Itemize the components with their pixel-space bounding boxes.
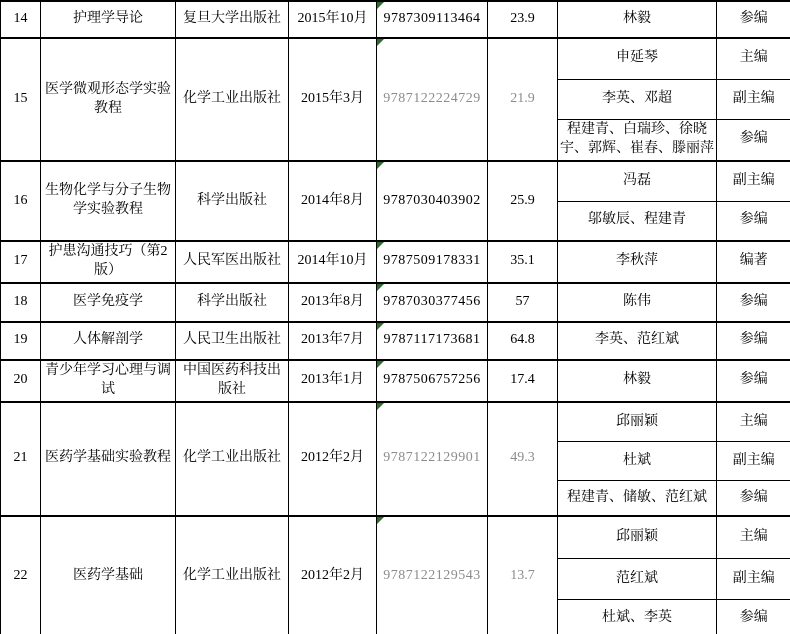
cell-price[interactable]: 57 (488, 283, 558, 322)
cell-date[interactable]: 2014年8月 (289, 161, 377, 241)
cell-title[interactable]: 医学微观形态学实验教程 (41, 38, 176, 161)
isbn-value: 9787122129543 (383, 568, 481, 583)
table-row: 18医学免疫学科学出版社2013年8月978703037745657陈伟参编 (1, 283, 790, 322)
cell-isbn[interactable]: 9787506757256 (377, 360, 488, 402)
isbn-value: 9787509178331 (383, 253, 481, 268)
cell-isbn[interactable]: 9787122224729 (377, 38, 488, 161)
text-format-warning-triangle-icon (377, 284, 384, 291)
cell-title[interactable]: 医药学基础实验教程 (41, 402, 176, 516)
cell-authors[interactable]: 邱丽颖 (558, 516, 717, 559)
cell-isbn[interactable]: 9787509178331 (377, 241, 488, 283)
cell-publisher[interactable]: 复旦大学出版社 (176, 1, 289, 38)
cell-role[interactable]: 参编 (717, 322, 790, 360)
table-row: 17护患沟通技巧（第2版）人民军医出版社2014年10月978750917833… (1, 241, 790, 283)
table-row: 20青少年学习心理与调试中国医药科技出版社2013年1月978750675725… (1, 360, 790, 402)
cell-publisher[interactable]: 化学工业出版社 (176, 38, 289, 161)
cell-role[interactable]: 主编 (717, 402, 790, 442)
cell-date[interactable]: 2015年10月 (289, 1, 377, 38)
cell-authors[interactable]: 程建青、储敏、范红斌 (558, 481, 717, 516)
text-format-warning-triangle-icon (377, 162, 384, 169)
cell-role[interactable]: 主编 (717, 516, 790, 559)
cell-publisher[interactable]: 科学出版社 (176, 161, 289, 241)
cell-date[interactable]: 2012年2月 (289, 402, 377, 516)
cell-price[interactable]: 13.7 (488, 516, 558, 634)
cell-publisher[interactable]: 化学工业出版社 (176, 516, 289, 634)
cell-role[interactable]: 副主编 (717, 79, 790, 119)
cell-publisher[interactable]: 化学工业出版社 (176, 402, 289, 516)
cell-authors[interactable]: 林毅 (558, 360, 717, 402)
cell-role[interactable]: 副主编 (717, 161, 790, 201)
cell-date[interactable]: 2015年3月 (289, 38, 377, 161)
cell-index[interactable]: 16 (1, 161, 41, 241)
cell-isbn[interactable]: 9787030377456 (377, 283, 488, 322)
cell-index[interactable]: 15 (1, 38, 41, 161)
cell-isbn[interactable]: 9787122129543 (377, 516, 488, 634)
cell-title[interactable]: 人体解剖学 (41, 322, 176, 360)
text-format-warning-triangle-icon (377, 2, 384, 9)
isbn-value: 9787122224729 (383, 91, 481, 106)
books-table: 14护理学导论复旦大学出版社2015年10月978730911346423.9林… (0, 0, 790, 634)
cell-date[interactable]: 2012年2月 (289, 516, 377, 634)
cell-authors[interactable]: 冯磊 (558, 161, 717, 201)
cell-authors[interactable]: 申延琴 (558, 38, 717, 79)
cell-index[interactable]: 19 (1, 322, 41, 360)
cell-title[interactable]: 青少年学习心理与调试 (41, 360, 176, 402)
cell-publisher[interactable]: 人民军医出版社 (176, 241, 289, 283)
table-row: 21医药学基础实验教程化学工业出版社2012年2月978712212990149… (1, 402, 790, 442)
cell-title[interactable]: 医学免疫学 (41, 283, 176, 322)
cell-authors[interactable]: 李英、邓超 (558, 79, 717, 119)
isbn-value: 9787117173681 (384, 332, 481, 347)
isbn-value: 9787122129901 (383, 450, 481, 465)
cell-index[interactable]: 21 (1, 402, 41, 516)
cell-date[interactable]: 2014年10月 (289, 241, 377, 283)
books-table-body: 14护理学导论复旦大学出版社2015年10月978730911346423.9林… (1, 1, 790, 634)
text-format-warning-triangle-icon (377, 323, 384, 330)
cell-role[interactable]: 副主编 (717, 559, 790, 600)
isbn-value: 9787309113464 (384, 11, 481, 26)
table-row: 16生物化学与分子生物学实验教程科学出版社2014年8月978703040390… (1, 161, 790, 201)
cell-isbn[interactable]: 9787309113464 (377, 1, 488, 38)
cell-date[interactable]: 2013年7月 (289, 322, 377, 360)
cell-index[interactable]: 20 (1, 360, 41, 402)
cell-price[interactable]: 17.4 (488, 360, 558, 402)
text-format-warning-triangle-icon (377, 517, 384, 524)
table-row: 19人体解剖学人民卫生出版社2013年7月978711717368164.8李英… (1, 322, 790, 360)
text-format-warning-triangle-icon (377, 403, 384, 410)
cell-role[interactable]: 主编 (717, 38, 790, 79)
cell-role[interactable]: 参编 (717, 283, 790, 322)
isbn-value: 9787030377456 (383, 294, 481, 309)
cell-authors[interactable]: 杜斌 (558, 442, 717, 481)
cell-title[interactable]: 护患沟通技巧（第2版） (41, 241, 176, 283)
cell-price[interactable]: 23.9 (488, 1, 558, 38)
text-format-warning-triangle-icon (377, 242, 384, 249)
cell-publisher[interactable]: 科学出版社 (176, 283, 289, 322)
text-format-warning-triangle-icon (377, 39, 384, 46)
cell-role[interactable]: 副主编 (717, 442, 790, 481)
cell-index[interactable]: 14 (1, 1, 41, 38)
cell-role[interactable]: 参编 (717, 1, 790, 38)
cell-date[interactable]: 2013年8月 (289, 283, 377, 322)
cell-authors[interactable]: 邱丽颖 (558, 402, 717, 442)
cell-publisher[interactable]: 人民卫生出版社 (176, 322, 289, 360)
cell-role[interactable]: 参编 (717, 481, 790, 516)
cell-isbn[interactable]: 9787122129901 (377, 402, 488, 516)
cell-role[interactable]: 参编 (717, 600, 790, 634)
cell-role[interactable]: 参编 (717, 201, 790, 241)
cell-authors[interactable]: 邬敏辰、程建青 (558, 201, 717, 241)
cell-index[interactable]: 18 (1, 283, 41, 322)
cell-authors[interactable]: 杜斌、李英 (558, 600, 717, 634)
cell-authors[interactable]: 林毅 (558, 1, 717, 38)
cell-title[interactable]: 生物化学与分子生物学实验教程 (41, 161, 176, 241)
cell-price[interactable]: 35.1 (488, 241, 558, 283)
cell-authors[interactable]: 范红斌 (558, 559, 717, 600)
cell-date[interactable]: 2013年1月 (289, 360, 377, 402)
cell-title[interactable]: 护理学导论 (41, 1, 176, 38)
cell-authors[interactable]: 陈伟 (558, 283, 717, 322)
cell-authors[interactable]: 李英、范红斌 (558, 322, 717, 360)
isbn-value: 9787506757256 (383, 372, 481, 387)
cell-publisher[interactable]: 中国医药科技出版社 (176, 360, 289, 402)
cell-price[interactable]: 64.8 (488, 322, 558, 360)
cell-price[interactable]: 49.3 (488, 402, 558, 516)
cell-authors[interactable]: 程建青、白瑞珍、徐晓宇、郭辉、崔春、滕丽萍 (558, 119, 717, 161)
isbn-value: 9787030403902 (383, 193, 481, 208)
cell-title[interactable]: 医药学基础 (41, 516, 176, 634)
cell-isbn[interactable]: 9787117173681 (377, 322, 488, 360)
cell-role[interactable]: 参编 (717, 119, 790, 161)
cell-isbn[interactable]: 9787030403902 (377, 161, 488, 241)
table-row: 22医药学基础化学工业出版社2012年2月978712212954313.7邱丽… (1, 516, 790, 559)
cell-price[interactable]: 21.9 (488, 38, 558, 161)
cell-index[interactable]: 17 (1, 241, 41, 283)
cell-authors[interactable]: 李秋萍 (558, 241, 717, 283)
cell-role[interactable]: 参编 (717, 360, 790, 402)
text-format-warning-triangle-icon (377, 361, 384, 368)
table-row: 15医学微观形态学实验教程化学工业出版社2015年3月9787122224729… (1, 38, 790, 79)
cell-role[interactable]: 编著 (717, 241, 790, 283)
cell-price[interactable]: 25.9 (488, 161, 558, 241)
table-row: 14护理学导论复旦大学出版社2015年10月978730911346423.9林… (1, 1, 790, 38)
cell-index[interactable]: 22 (1, 516, 41, 634)
